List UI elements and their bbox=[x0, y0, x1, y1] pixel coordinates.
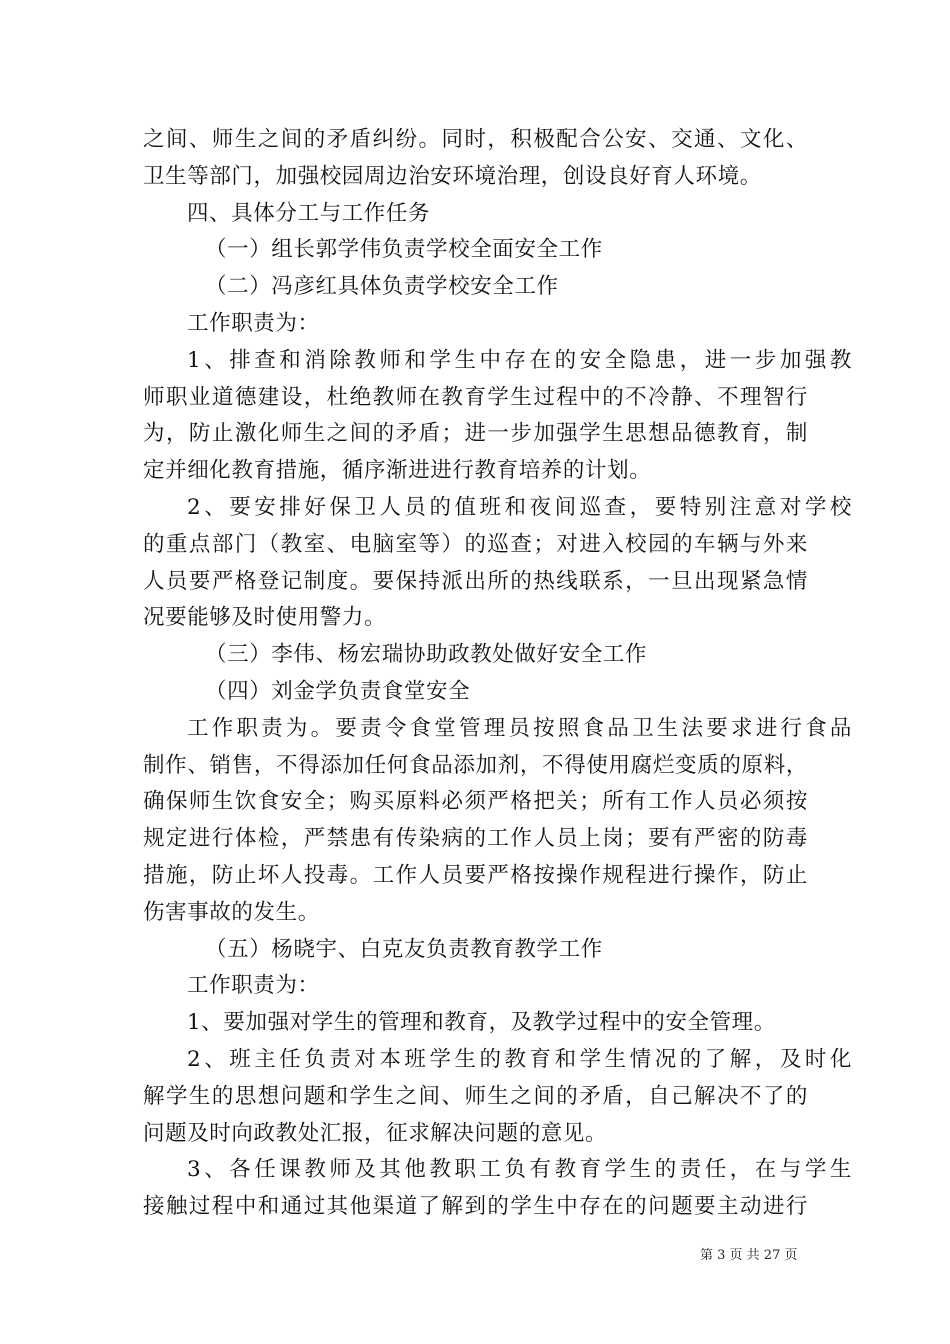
subsection-heading: （三）李伟、杨宏瑞协助政教处做好安全工作 bbox=[143, 637, 808, 674]
subsection-heading: （二）冯彦红具体负责学校安全工作 bbox=[143, 269, 808, 306]
paragraph-line: 况要能够及时使用警力。 bbox=[143, 600, 808, 637]
paragraph-line: 解学生的思想问题和学生之间、师生之间的矛盾，自己解决不了的 bbox=[143, 1079, 808, 1116]
paragraph-line: 接触过程中和通过其他渠道了解到的学生中存在的问题要主动进行 bbox=[143, 1189, 808, 1226]
paragraph-line: 制作、销售，不得添加任何食品添加剂，不得使用腐烂变质的原料， bbox=[143, 748, 808, 785]
paragraph-line: 规定进行体检，严禁患有传染病的工作人员上岗；要有严密的防毒 bbox=[143, 821, 808, 858]
subsection-heading: （五）杨晓宇、白克友负责教育教学工作 bbox=[143, 932, 808, 969]
paragraph-line: 卫生等部门，加强校园周边治安环境治理，创设良好育人环境。 bbox=[143, 159, 808, 196]
paragraph-line: 定并细化教育措施，循序渐进进行教育培养的计划。 bbox=[143, 453, 808, 490]
paragraph-line: 师职业道德建设，杜绝教师在教育学生过程中的不冷静、不理智行 bbox=[143, 380, 808, 417]
section-heading: 四、具体分工与工作任务 bbox=[143, 196, 808, 233]
paragraph-line: 工作职责为： bbox=[143, 306, 808, 343]
paragraph-line: 3、各任课教师及其他教职工负有教育学生的责任，在与学生 bbox=[143, 1152, 852, 1189]
page-number-footer: 第 3 页 共 27 页 bbox=[700, 1244, 820, 1263]
subsection-heading: （四）刘金学负责食堂安全 bbox=[143, 674, 808, 711]
paragraph-line: 的重点部门（教室、电脑室等）的巡查；对进入校园的车辆与外来 bbox=[143, 527, 808, 564]
paragraph-line: 措施，防止坏人投毒。工作人员要严格按操作规程进行操作，防止 bbox=[143, 858, 808, 895]
paragraph-line: 确保师生饮食安全；购买原料必须严格把关；所有工作人员必须按 bbox=[143, 784, 808, 821]
paragraph-line: 人员要严格登记制度。要保持派出所的热线联系，一旦出现紧急情 bbox=[143, 564, 808, 601]
paragraph-line: 2、要安排好保卫人员的值班和夜间巡查，要特别注意对学校 bbox=[143, 490, 852, 527]
document-body: 之间、师生之间的矛盾纠纷。同时，积极配合公安、交通、文化、 卫生等部门，加强校园… bbox=[143, 122, 808, 1226]
paragraph-line: 问题及时向政教处汇报，征求解决问题的意见。 bbox=[143, 1116, 808, 1153]
subsection-heading: （一）组长郭学伟负责学校全面安全工作 bbox=[143, 232, 808, 269]
paragraph-line: 1、排查和消除教师和学生中存在的安全隐患，进一步加强教 bbox=[143, 343, 852, 380]
paragraph-line: 2、班主任负责对本班学生的教育和学生情况的了解，及时化 bbox=[143, 1042, 852, 1079]
paragraph-line: 1、要加强对学生的管理和教育，及教学过程中的安全管理。 bbox=[143, 1005, 808, 1042]
paragraph-line: 工作职责为。要责令食堂管理员按照食品卫生法要求进行食品 bbox=[143, 711, 852, 748]
paragraph-line: 为，防止激化师生之间的矛盾；进一步加强学生思想品德教育，制 bbox=[143, 416, 808, 453]
paragraph-line: 之间、师生之间的矛盾纠纷。同时，积极配合公安、交通、文化、 bbox=[143, 122, 808, 159]
paragraph-line: 伤害事故的发生。 bbox=[143, 895, 808, 932]
paragraph-line: 工作职责为： bbox=[143, 968, 808, 1005]
document-page: 之间、师生之间的矛盾纠纷。同时，积极配合公安、交通、文化、 卫生等部门，加强校园… bbox=[0, 0, 950, 1344]
